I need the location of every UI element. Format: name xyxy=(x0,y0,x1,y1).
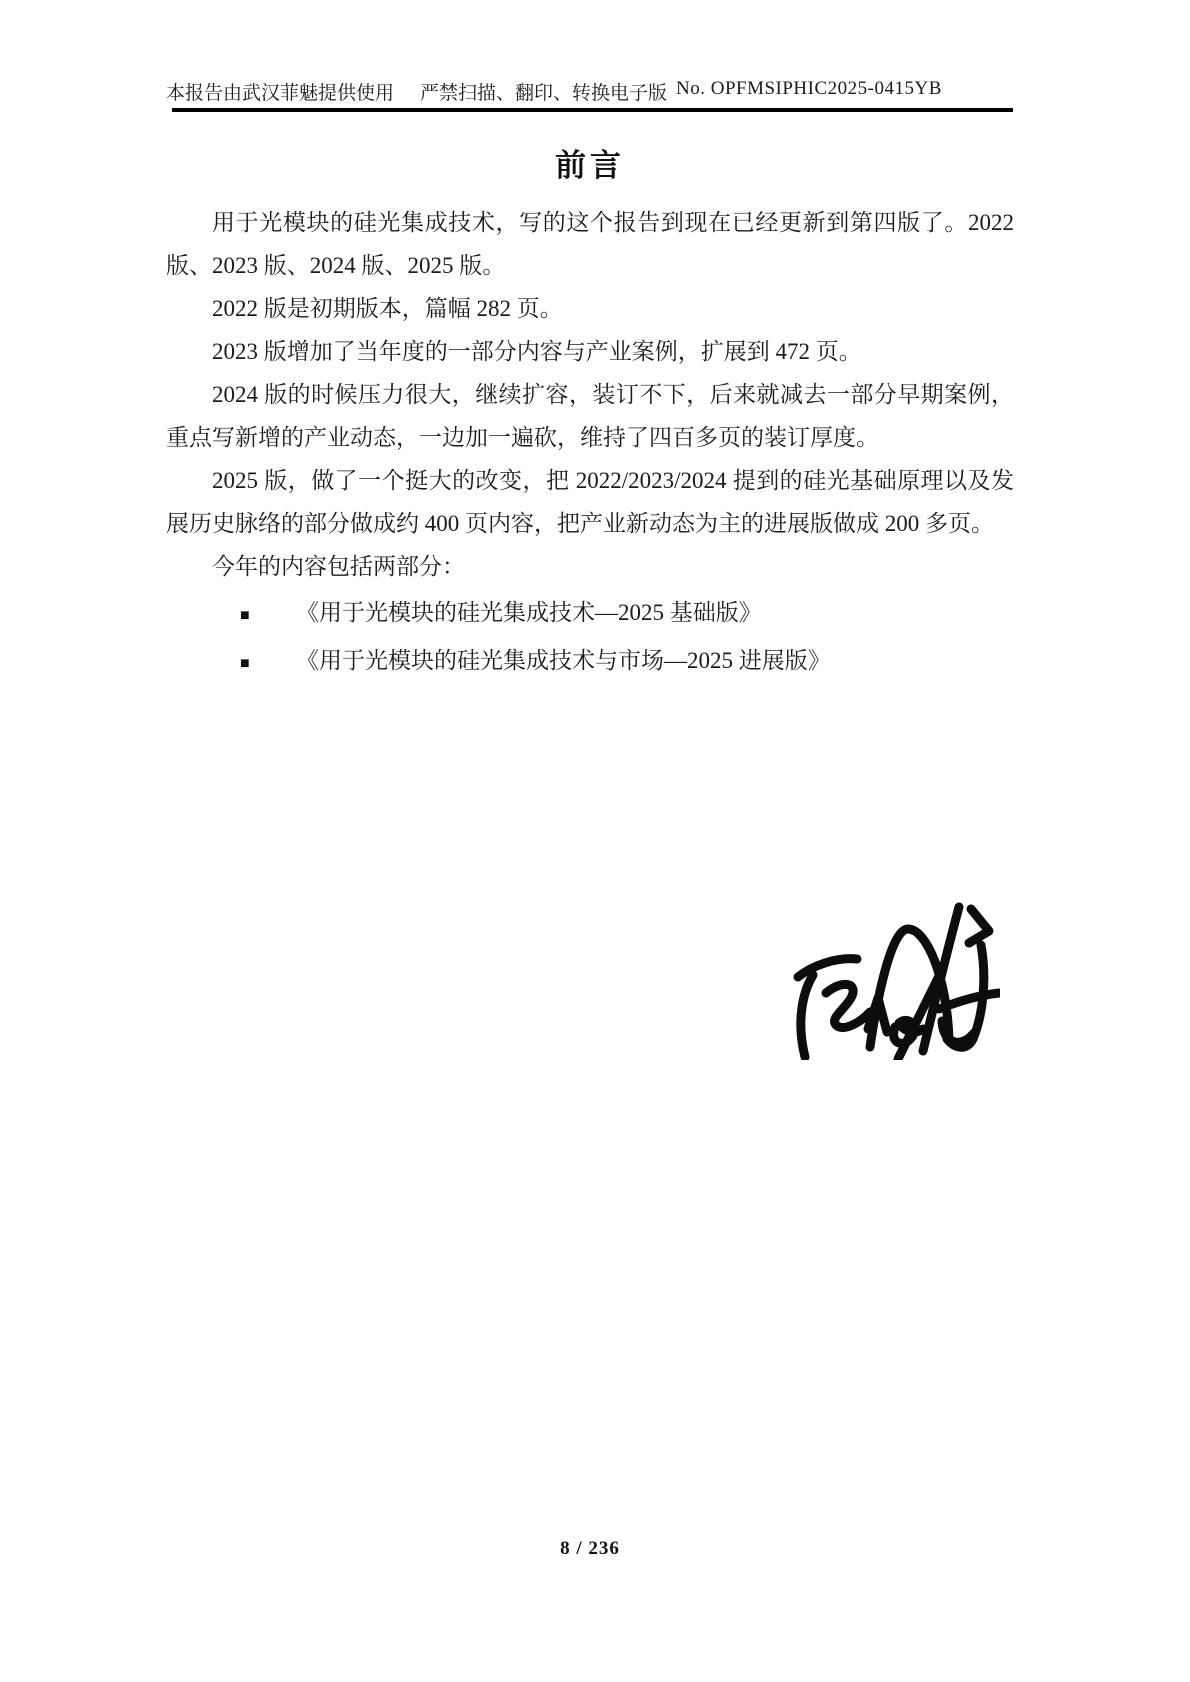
page-number: 8 / 236 xyxy=(166,1538,1014,1560)
square-bullet-icon: ■ xyxy=(240,641,296,686)
handwritten-signature-icon xyxy=(775,898,1000,1060)
list-item-label: 《用于光模块的硅光集成技术—2025 基础版》 xyxy=(296,590,762,635)
list-item: ■ 《用于光模块的硅光集成技术与市场—2025 进展版》 xyxy=(166,638,1014,686)
header-provider-notice: 本报告由武汉菲魅提供使用 xyxy=(166,78,394,105)
paragraph: 2025 版，做了一个挺大的改变，把 2022/2023/2024 提到的硅光基… xyxy=(166,459,1014,545)
document-body: 前言 用于光模块的硅光集成技术，写的这个报告到现在已经更新到第四版了。2022 … xyxy=(166,140,1014,686)
header-serial-number: No. OPFMSIPHIC2025-0415YB xyxy=(676,78,942,100)
list-item: ■ 《用于光模块的硅光集成技术—2025 基础版》 xyxy=(166,590,1014,638)
list-item-label: 《用于光模块的硅光集成技术与市场—2025 进展版》 xyxy=(296,638,831,683)
page-title: 前言 xyxy=(166,140,1014,185)
header-divider xyxy=(172,108,1013,112)
signature-image xyxy=(775,898,1000,1060)
paragraph: 2022 版是初期版本，篇幅 282 页。 xyxy=(166,287,1014,330)
paragraph: 2024 版的时候压力很大，继续扩容，装订不下，后来就减去一部分早期案例，重点写… xyxy=(166,373,1014,459)
paragraph: 2023 版增加了当年度的一部分内容与产业案例，扩展到 472 页。 xyxy=(166,330,1014,373)
square-bullet-icon: ■ xyxy=(240,593,296,638)
report-editions-list: ■ 《用于光模块的硅光集成技术—2025 基础版》 ■ 《用于光模块的硅光集成技… xyxy=(166,590,1014,686)
document-page: 本报告由武汉菲魅提供使用 严禁扫描、翻印、转换电子版 No. OPFMSIPHI… xyxy=(0,0,1190,1682)
paragraph: 今年的内容包括两部分： xyxy=(166,545,1014,588)
header-warning-notice: 严禁扫描、翻印、转换电子版 xyxy=(420,78,667,105)
paragraph: 用于光模块的硅光集成技术，写的这个报告到现在已经更新到第四版了。2022 版、2… xyxy=(166,201,1014,287)
